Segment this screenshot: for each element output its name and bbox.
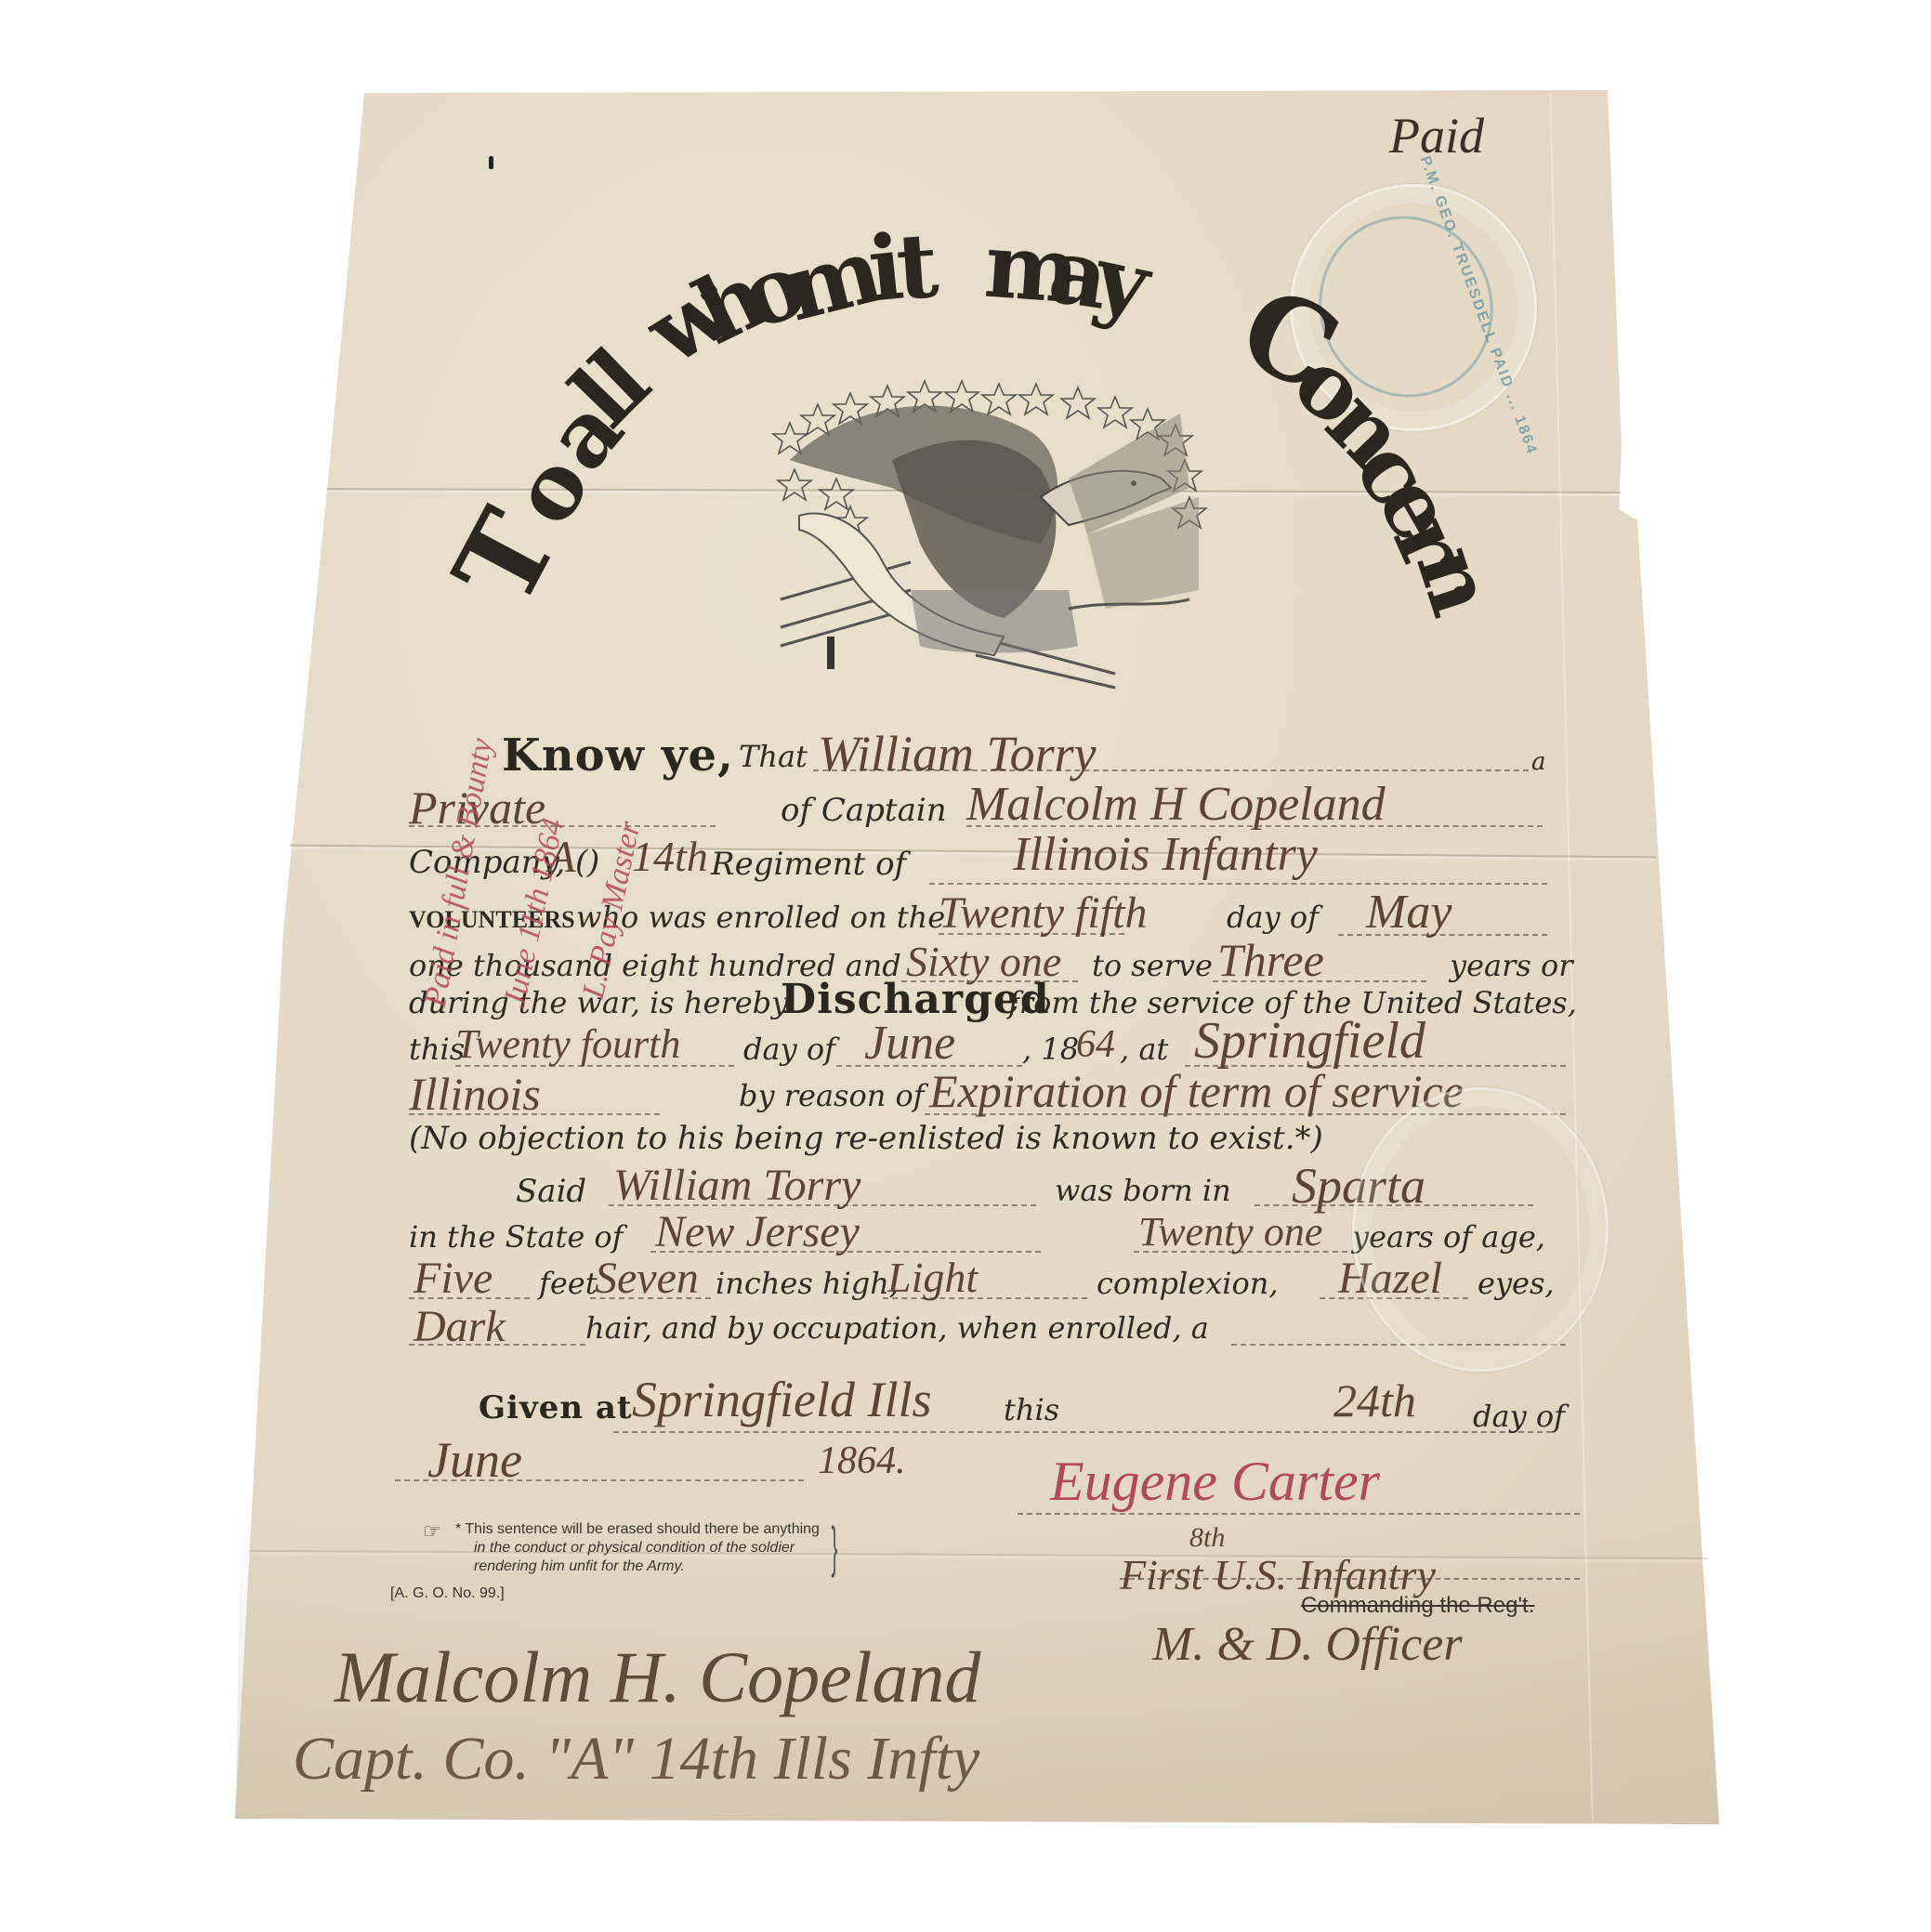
label-that: That [739, 739, 808, 774]
label-said: Said [516, 1173, 586, 1210]
discharge-day-field: Twenty fourth [455, 1020, 680, 1068]
label-day-of-2: day of [743, 1032, 835, 1067]
underline [409, 1344, 585, 1346]
label-given-day-of: day of [1473, 1399, 1565, 1434]
ink-speck [489, 156, 493, 169]
embossed-seal-lower [1352, 1087, 1609, 1372]
eagle-icon [762, 376, 1227, 697]
label-state-of: in the State of [409, 1219, 624, 1255]
soldier-name-2-field: William Torry [613, 1160, 860, 1211]
age-field: Twenty one [1138, 1208, 1322, 1255]
underline [650, 1251, 1041, 1253]
underline [1338, 934, 1547, 936]
label-regiment-of: Regiment of [711, 846, 906, 883]
enrolled-month-field: May [1366, 885, 1452, 940]
officer-title-replacement: M. & D. Officer [1152, 1617, 1463, 1672]
captain-name-field: Malcolm H Copeland [966, 777, 1386, 832]
signature-line [1018, 1513, 1580, 1515]
pointing-hand-icon: ☞ [423, 1519, 441, 1544]
height-feet-field: Five [414, 1253, 493, 1304]
label-day-of: day of [1227, 900, 1319, 935]
soldier-name-field: William Torry [818, 725, 1097, 782]
enrolled-day-field: Twenty fifth [939, 887, 1147, 939]
label-given-at-heading: Given at [479, 1389, 633, 1426]
height-inches-field: Seven [595, 1253, 699, 1304]
underline [409, 1297, 530, 1299]
label-company-close: ) [587, 844, 599, 881]
underline [395, 1479, 804, 1481]
given-place-field: Springfield Ills [632, 1371, 932, 1428]
underline [590, 1297, 711, 1299]
underline [613, 1431, 1552, 1433]
footnote-brace: } [832, 1515, 838, 1579]
label-hair-occupation: hair, and by occupation, when enrolled, … [585, 1310, 1209, 1346]
discharge-month-field: June [864, 1016, 955, 1071]
label-born-in: was born in [1055, 1173, 1231, 1208]
label-given-this: this [1004, 1392, 1059, 1427]
given-day-field: 24th [1333, 1373, 1416, 1427]
footnote-line-1: * This sentence will be erased should th… [455, 1521, 820, 1538]
captain-signature-line-1: Malcolm H. Copeland [335, 1636, 980, 1719]
label-inches-high: inches high, [716, 1266, 899, 1301]
label-of-captain: of Captain [781, 792, 947, 829]
label-by-reason-of: by reason of [739, 1078, 925, 1113]
underline [929, 883, 1547, 885]
term-field: Three [1217, 933, 1324, 987]
officer-signature: Eugene Carter [1050, 1450, 1380, 1514]
corner-note-paid: Paid [1389, 107, 1484, 164]
label-years-or: years or [1450, 948, 1573, 983]
discharge-reason-field: Expiration of term of service [929, 1064, 1464, 1118]
unit-insert: 8th [1189, 1522, 1225, 1554]
label-complexion: complexion, [1097, 1266, 1279, 1301]
know-ye-heading: Know ye, [502, 729, 734, 782]
document-photo: Paid P.M. GEO. TRUESDELL PAID ... 1864 T… [0, 0, 1931, 1932]
given-year-field: 1864. [818, 1439, 906, 1483]
underline [939, 933, 1124, 935]
state-field: New Jersey [655, 1206, 860, 1257]
underline [883, 1297, 1087, 1299]
form-number: [A. G. O. No. 99.] [390, 1585, 505, 1602]
footnote-line-2: in the conduct or physical condition of … [474, 1540, 795, 1557]
underline [1120, 1578, 1580, 1580]
regiment-field: Illinois Infantry [1013, 827, 1318, 882]
discharge-year-field: 64 [1076, 1022, 1115, 1067]
label-feet: feet [539, 1266, 598, 1301]
footnote-line-3: rendering him unfit for the Army. [474, 1558, 685, 1575]
eagle-engraving [762, 376, 1227, 697]
discharge-place-field: Springfield [1194, 1011, 1425, 1071]
label-who-enrolled: who was enrolled on the [576, 900, 945, 935]
underline [1213, 980, 1426, 982]
label-to-serve: to serve [1092, 948, 1213, 983]
captain-signature-line-2: Capt. Co. "A" 14th Ills Infty [293, 1724, 979, 1794]
no-objection-sentence: (No objection to his being re-enlisted i… [409, 1120, 1323, 1157]
underline [1134, 1251, 1347, 1253]
printed-title-struck: Commanding the Reg't. [1301, 1593, 1534, 1619]
label-at: , at [1120, 1032, 1168, 1067]
title-letter: t [893, 213, 941, 321]
underline [409, 1113, 660, 1115]
underline [813, 769, 1529, 771]
label-year-prefix: , 18 [1022, 1032, 1079, 1067]
complexion-field: Light [887, 1253, 978, 1302]
label-a: a [1531, 748, 1546, 776]
